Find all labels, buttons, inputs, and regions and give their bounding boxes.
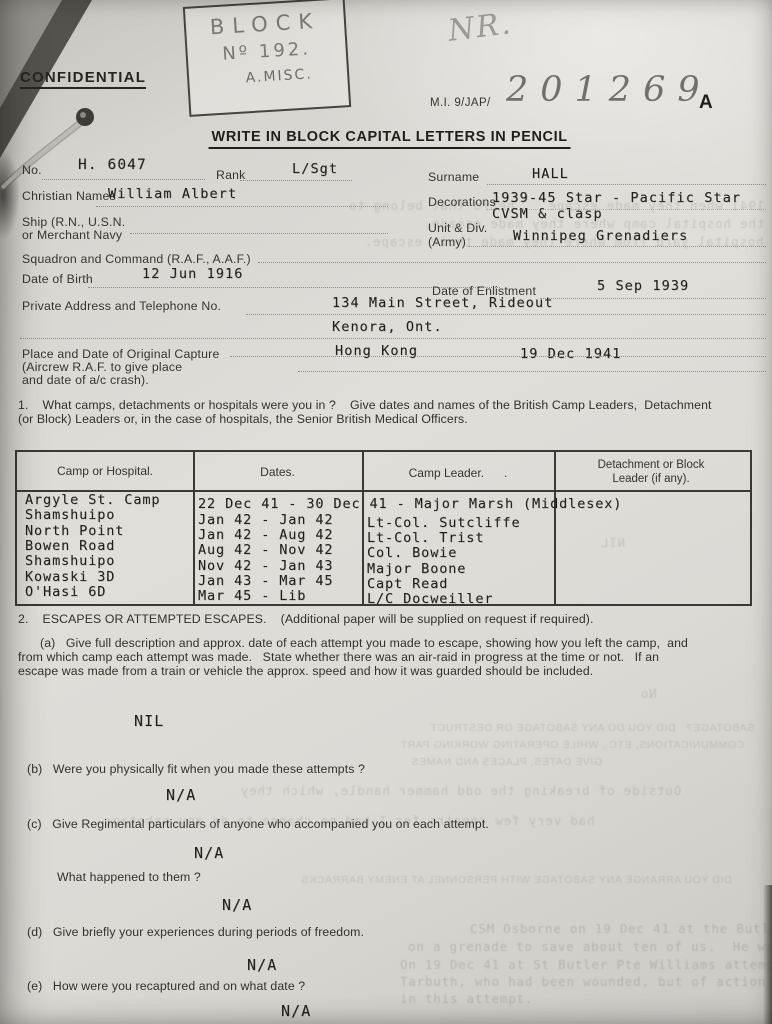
- bleedthrough-text: CSM Osborne on 19 Dec 41 at the Butler f…: [470, 921, 772, 936]
- bleedthrough-text: in this attempt.: [400, 991, 533, 1006]
- dotted-line: [468, 246, 766, 247]
- table-header-camp: Camp or Hospital.: [17, 464, 193, 478]
- no-label: No.: [22, 163, 42, 177]
- confidential-stamp: CONFIDENTIAL: [20, 69, 146, 89]
- form-title: WRITE IN BLOCK CAPITAL LETTERS IN PENCIL: [209, 129, 571, 149]
- dates-cell: 22 Dec 41 - 30 Dec 41 - Major Marsh (Mid…: [198, 496, 622, 512]
- capture-label-3: and date of a/c crash).: [22, 373, 149, 387]
- dates-cell: Jan 42 - Aug 42: [198, 527, 333, 543]
- camp-cell: Kowaski 3D: [25, 569, 115, 585]
- dates-cell: Mar 45 - Lib: [198, 588, 306, 604]
- scanned-pow-questionnaire: 1941 when they made escape heard that be…: [0, 0, 772, 1024]
- question-2a-line-2: from which camp each attempt was made. S…: [18, 650, 659, 665]
- dotted-line: [487, 184, 766, 185]
- answer-2c-followup: N/A: [222, 896, 252, 914]
- address-value-1: 134 Main Street, Rideout: [332, 295, 553, 311]
- bleedthrough-text: Outside of breaking the odd hammer handl…: [240, 783, 681, 798]
- dotted-line: [20, 338, 766, 339]
- answer-2b: N/A: [166, 786, 196, 804]
- ship-label-2: or Merchant Navy: [22, 228, 122, 242]
- unit-div-value: Winnipeg Grenadiers: [513, 228, 688, 244]
- bleedthrough-text: COMMUNICATIONS, ETC., WHILE OPERATING WO…: [400, 739, 744, 751]
- leader-cell: Lt-Col. Trist: [367, 530, 484, 546]
- bleedthrough-text: No: [640, 686, 657, 701]
- dotted-line: [42, 179, 205, 180]
- date-of-birth-label: Date of Birth: [22, 272, 93, 286]
- unit-div-label-1: Unit & Div.: [428, 221, 487, 235]
- camp-cell: North Point: [25, 523, 124, 539]
- capture-label-1: Place and Date of Original Capture: [22, 347, 220, 361]
- address-label: Private Address and Telephone No.: [22, 299, 221, 313]
- capture-label-2: (Aircrew R.A.F. to give place: [22, 360, 182, 374]
- dotted-line: [246, 314, 766, 315]
- address-value-2: Kenora, Ont.: [332, 319, 443, 335]
- right-edge-shadow: [763, 885, 772, 1024]
- dotted-line: [258, 262, 766, 263]
- bleedthrough-text: DID YOU ARRANGE ANY SABOTAGE WITH PERSON…: [301, 874, 732, 886]
- table-header-dates: Dates.: [193, 465, 362, 479]
- question-1-line-1: 1. What camps, detachments or hospitals …: [18, 398, 712, 413]
- block-stamp-line1: BLOCK: [185, 7, 344, 41]
- question-2a-line-3: escape was made from a train or vehicle …: [18, 664, 593, 679]
- surname-label: Surname: [428, 170, 479, 184]
- table-header-detachment-1: Detachment or Block: [554, 459, 748, 471]
- leader-cell: Capt Read: [367, 576, 448, 592]
- block-stamp-line3: A.MISC.: [189, 64, 348, 90]
- no-value: H. 6047: [78, 157, 147, 173]
- mi9-ref-suffix: A: [699, 92, 713, 114]
- answer-2e: N/A: [281, 1002, 311, 1020]
- dotted-line: [230, 356, 766, 357]
- bleedthrough-text: GIVE DATES, PLACES AND NAMES: [411, 756, 602, 768]
- table-header-leader: Camp Leader. .: [362, 466, 554, 480]
- camp-table: Camp or Hospital. Dates. Camp Leader. . …: [15, 450, 752, 606]
- ship-label-1: Ship (R.N., U.S.N.: [22, 215, 125, 229]
- dotted-line: [540, 298, 766, 299]
- question-2e: (e) How were you recaptured and on what …: [27, 979, 305, 994]
- bleedthrough-text: On 19 Dec 41 at St Butler Pte Williams a…: [400, 957, 772, 972]
- bleedthrough-text: SABOTAGE? DID YOU DO ANY SABOTAGE OR DES…: [430, 722, 754, 734]
- question-1-line-2: (or Block) Leaders or, in the case of ho…: [18, 412, 468, 427]
- dotted-line: [130, 233, 388, 234]
- capture-date-value: 19 Dec 1941: [520, 346, 622, 362]
- camp-cell: O'Hasi 6D: [25, 584, 106, 600]
- dotted-line: [240, 180, 352, 181]
- christian-names-label: Christian Names: [22, 189, 116, 203]
- leader-cell: Lt-Col. Sutcliffe: [367, 515, 520, 531]
- question-2c: (c) Give Regimental particulars of anyon…: [27, 817, 489, 832]
- bleedthrough-text: on a grenade to save about ten of us. He…: [408, 939, 772, 954]
- squadron-label: Squadron and Command (R.A.F., A.A.F.): [22, 252, 251, 266]
- enlistment-value: 5 Sep 1939: [597, 278, 689, 294]
- bleedthrough-text: Tarbuth, who had been wounded, but of ac…: [400, 974, 772, 989]
- table-header-detachment-2: Leader (if any).: [554, 473, 748, 485]
- dotted-line: [298, 371, 766, 372]
- dates-cell: Aug 42 - Nov 42: [198, 542, 333, 558]
- camp-cell: Shamshuipo: [25, 553, 115, 569]
- leader-cell: L/C Docweiller: [367, 591, 493, 607]
- mi9-ref-number: 201269: [506, 70, 712, 110]
- block-stamp: BLOCK Nº 192. A.MISC.: [183, 0, 351, 117]
- camp-cell: Bowen Road: [25, 538, 115, 554]
- answer-2c: N/A: [194, 844, 224, 862]
- question-2a-line-1: (a) Give full description and approx. da…: [40, 636, 688, 651]
- block-stamp-line2: Nº 192.: [187, 36, 346, 67]
- answer-2a: NIL: [134, 712, 164, 730]
- question-2c-followup: What happened to them ?: [57, 870, 201, 885]
- camp-cell: Argyle St. Camp: [25, 492, 160, 508]
- unit-div-label-2: (Army): [428, 235, 466, 249]
- leader-cell: Col. Bowie: [367, 545, 457, 561]
- christian-names-value: William Albert: [108, 186, 237, 202]
- answer-2d: N/A: [247, 956, 277, 974]
- dates-cell: Jan 43 - Mar 45: [198, 573, 333, 589]
- date-of-birth-value: 12 Jun 1916: [142, 266, 244, 282]
- dotted-line: [487, 209, 766, 210]
- pencil-initials: NR.: [446, 6, 514, 49]
- surname-value: HALL: [532, 166, 569, 182]
- question-2b: (b) Were you physically fit when you mad…: [27, 762, 365, 777]
- decorations-value-1: 1939-45 Star - Pacific Star: [492, 190, 741, 206]
- leader-cell: Major Boone: [367, 561, 466, 577]
- section-2-heading: 2. ESCAPES OR ATTEMPTED ESCAPES. (Additi…: [18, 612, 593, 627]
- dotted-line: [96, 206, 388, 207]
- decorations-label: Decorations: [428, 195, 496, 209]
- dates-cell: Nov 42 - Jan 43: [198, 558, 333, 574]
- dates-cell: Jan 42 - Jan 42: [198, 512, 333, 528]
- camp-cell: Shamshuipo: [25, 507, 115, 523]
- question-2d: (d) Give briefly your experiences during…: [27, 925, 364, 940]
- rank-value: L/Sgt: [292, 161, 338, 177]
- mi9-ref-label: M.I. 9/JAP/: [430, 97, 491, 109]
